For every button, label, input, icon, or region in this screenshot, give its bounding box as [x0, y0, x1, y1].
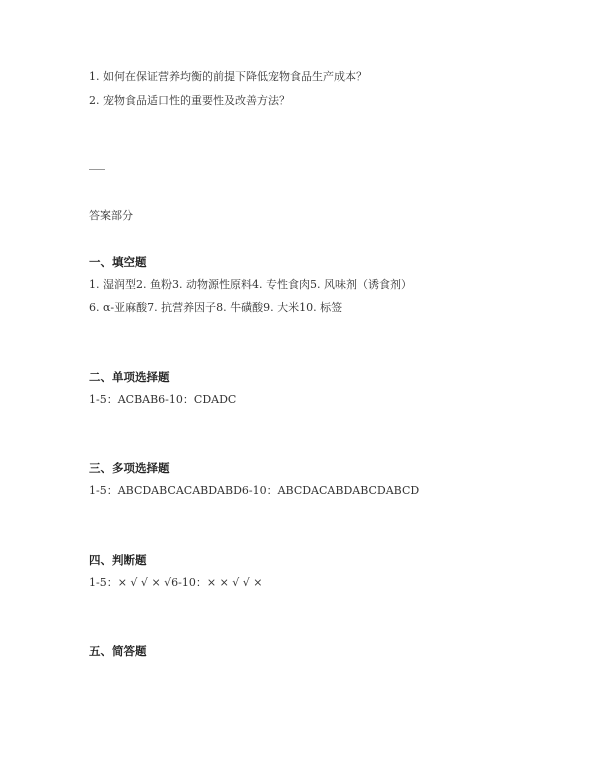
section-heading-true-false: 四、判断题 [89, 553, 147, 567]
question-1: 1. 如何在保证营养均衡的前提下降低宠物食品生产成本？ [89, 70, 367, 84]
section-heading-fill-blank: 一、填空题 [89, 255, 147, 269]
single-choice-answers: 1-5：ACBAB6-10：CDADC [89, 393, 236, 407]
separator-rule [89, 169, 105, 170]
fill-blank-answers-2: 6. α-亚麻酸7. 抗营养因子8. 牛磺酸9. 大米10. 标签 [89, 301, 342, 315]
answer-title: 答案部分 [89, 209, 133, 223]
fill-blank-answers-1: 1. 湿润型2. 鱼粉3. 动物源性原料4. 专性食肉5. 风味剂（诱食剂） [89, 278, 412, 292]
section-heading-multiple-choice: 三、多项选择题 [89, 461, 170, 475]
section-heading-short-answer: 五、简答题 [89, 644, 147, 658]
section-heading-single-choice: 二、单项选择题 [89, 370, 170, 384]
multiple-choice-answers: 1-5：ABCDABCACABDABD6-10：ABCDACABDABCDABC… [89, 484, 419, 498]
true-false-answers: 1-5：× √ √ × √6-10：× × √ √ × [89, 576, 263, 590]
question-2: 2. 宠物食品适口性的重要性及改善方法？ [89, 94, 290, 108]
